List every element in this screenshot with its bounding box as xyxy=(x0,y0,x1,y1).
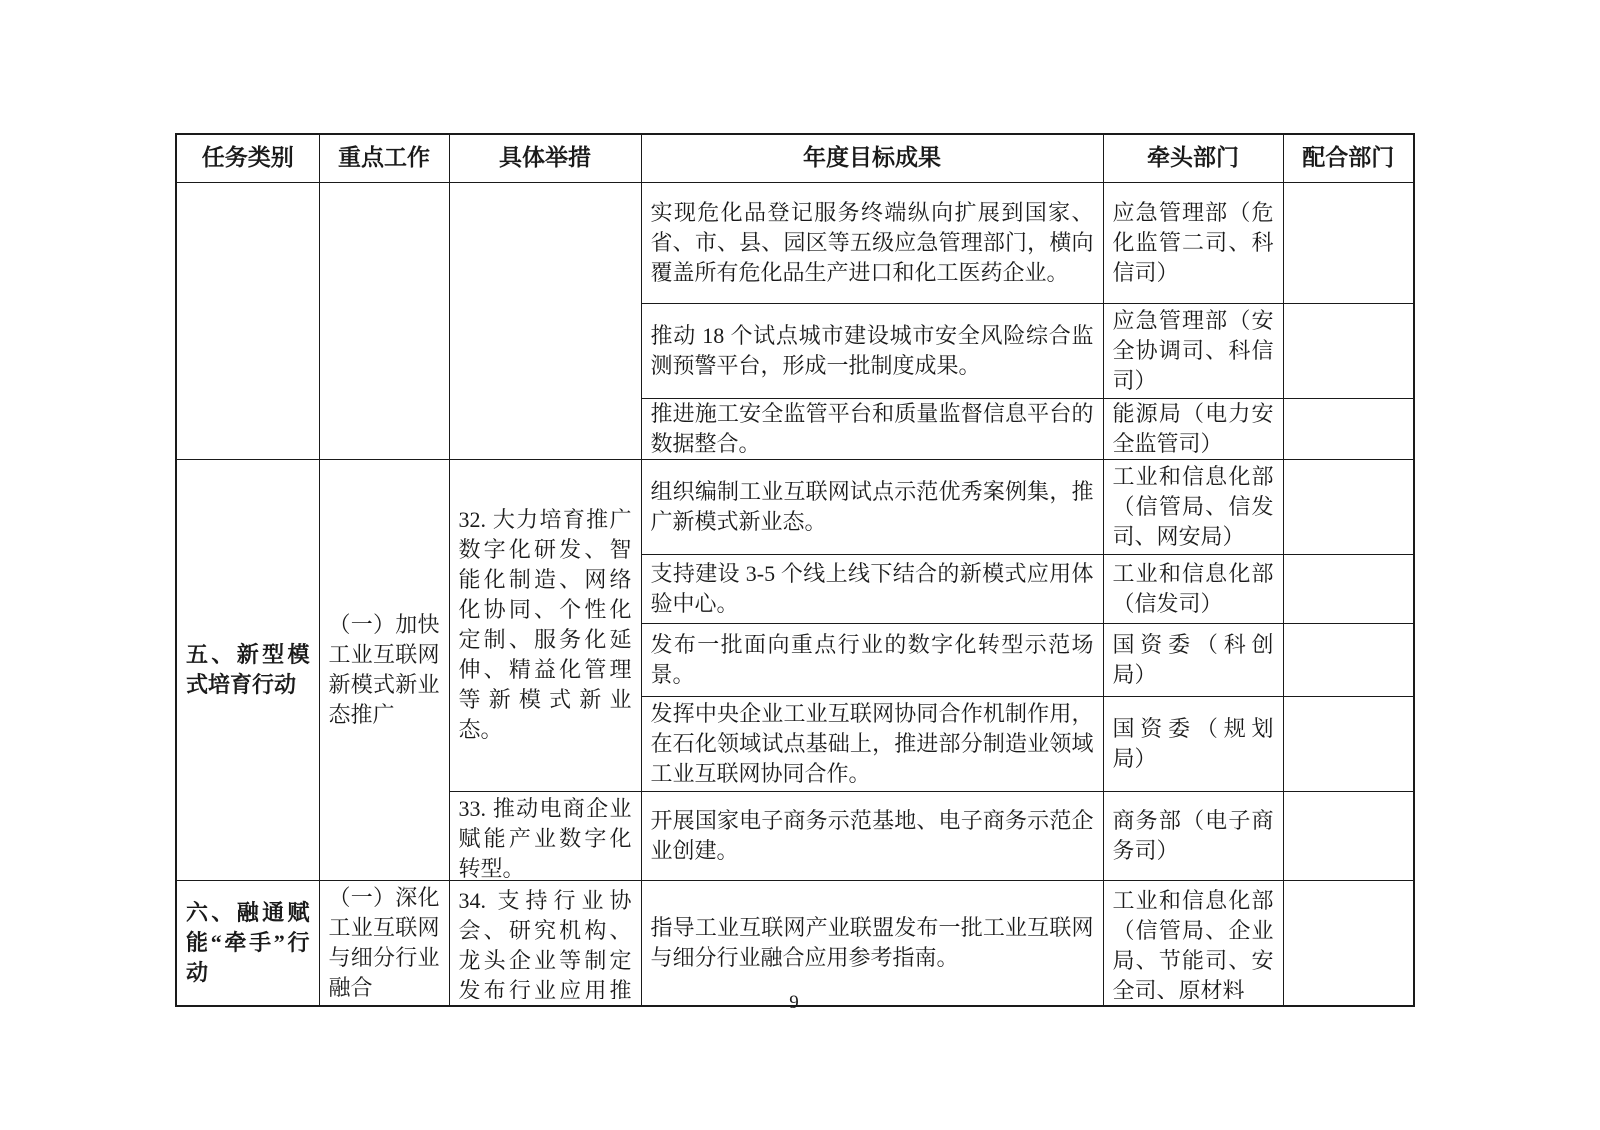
support-cell-empty xyxy=(1283,182,1414,303)
table-row: 六、融通赋能“牵手”行动 （一）深化工业互联网与细分行业融合 34. 支持行业协… xyxy=(176,880,1414,1006)
target-cell: 推进施工安全监管平台和质量监督信息平台的数据整合。 xyxy=(641,398,1103,459)
support-cell-empty xyxy=(1283,459,1414,554)
support-cell-empty xyxy=(1283,696,1414,791)
target-cell: 推动 18 个试点城市建设城市安全风险综合监测预警平台，形成一批制度成果。 xyxy=(641,303,1103,398)
support-cell-empty xyxy=(1283,303,1414,398)
lead-cell: 国资委（规划局） xyxy=(1103,696,1283,791)
lead-cell: 应急管理部（危化监管二司、科信司） xyxy=(1103,182,1283,303)
lead-cell: 应急管理部（安全协调司、科信司） xyxy=(1103,303,1283,398)
lead-cell: 工业和信息化部（信发司） xyxy=(1103,554,1283,623)
support-cell-empty xyxy=(1283,554,1414,623)
lead-cell: 工业和信息化部（信管局、信发司、网安局） xyxy=(1103,459,1283,554)
target-cell: 开展国家电子商务示范基地、电子商务示范企业创建。 xyxy=(641,791,1103,880)
target-cell: 支持建设 3-5 个线上线下结合的新模式应用体验中心。 xyxy=(641,554,1103,623)
carryover-category-cell-empty xyxy=(176,182,319,459)
target-cell: 发挥中央企业工业互联网协同合作机制作用，在石化领域试点基础上，推进部分制造业领域… xyxy=(641,696,1103,791)
document-page: 任务类别 重点工作 具体举措 年度目标成果 牵头部门 配合部门 实现危化品登记服… xyxy=(0,0,1600,1130)
lead-cell: 工业和信息化部（信管局、企业局、节能司、安全司、原材料 xyxy=(1103,880,1283,1006)
header-measures: 具体举措 xyxy=(449,134,641,182)
lead-cell: 能源局（电力安全监管司） xyxy=(1103,398,1283,459)
page-number: 9 xyxy=(175,992,1413,1014)
measure-33-cell: 33. 推动电商企业赋能产业数字化转型。 xyxy=(449,791,641,880)
carryover-keywork-cell-empty xyxy=(319,182,449,459)
target-cell: 实现危化品登记服务终端纵向扩展到国家、省、市、县、园区等五级应急管理部门，横向覆… xyxy=(641,182,1103,303)
support-cell-empty xyxy=(1283,791,1414,880)
support-cell-empty xyxy=(1283,880,1414,1006)
support-cell-empty xyxy=(1283,398,1414,459)
measure-32-cell: 32. 大力培育推广数字化研发、智能化制造、网络化协同、个性化定制、服务化延伸、… xyxy=(449,459,641,791)
section6-keywork-cell: （一）深化工业互联网与细分行业融合 xyxy=(319,880,449,1006)
lead-cell: 国资委（科创局） xyxy=(1103,623,1283,696)
measure-33-text: 33. 推动电商企业赋能产业数字化转型。 xyxy=(459,794,632,878)
work-plan-table: 任务类别 重点工作 具体举措 年度目标成果 牵头部门 配合部门 实现危化品登记服… xyxy=(175,133,1415,1007)
header-task-category: 任务类别 xyxy=(176,134,319,182)
carryover-measure-cell-empty xyxy=(449,182,641,459)
header-annual-targets: 年度目标成果 xyxy=(641,134,1103,182)
section5-keywork-cell: （一）加快工业互联网新模式新业态推广 xyxy=(319,459,449,880)
header-lead-department: 牵头部门 xyxy=(1103,134,1283,182)
target-cell: 发布一批面向重点行业的数字化转型示范场景。 xyxy=(641,623,1103,696)
target-cell: 指导工业互联网产业联盟发布一批工业互联网与细分行业融合应用参考指南。 xyxy=(641,880,1103,1006)
section5-category-cell: 五、新型模式培育行动 xyxy=(176,459,319,880)
measure-34-cell: 34. 支持行业协会、研究机构、龙头企业等制定发布行业应用推广指 xyxy=(449,880,641,1006)
table-row: 实现危化品登记服务终端纵向扩展到国家、省、市、县、园区等五级应急管理部门，横向覆… xyxy=(176,182,1414,303)
measure-34-text: 34. 支持行业协会、研究机构、龙头企业等制定发布行业应用推广指 xyxy=(459,886,632,999)
section6-category-cell: 六、融通赋能“牵手”行动 xyxy=(176,880,319,1006)
table-header-row: 任务类别 重点工作 具体举措 年度目标成果 牵头部门 配合部门 xyxy=(176,134,1414,182)
table-row: 五、新型模式培育行动 （一）加快工业互联网新模式新业态推广 32. 大力培育推广… xyxy=(176,459,1414,554)
lead-cell: 商务部（电子商务司） xyxy=(1103,791,1283,880)
header-key-work: 重点工作 xyxy=(319,134,449,182)
target-cell: 组织编制工业互联网试点示范优秀案例集，推广新模式新业态。 xyxy=(641,459,1103,554)
lead-cell-text: 工业和信息化部（信管局、企业局、节能司、安全司、原材料 xyxy=(1113,886,1274,999)
support-cell-empty xyxy=(1283,623,1414,696)
header-support-department: 配合部门 xyxy=(1283,134,1414,182)
